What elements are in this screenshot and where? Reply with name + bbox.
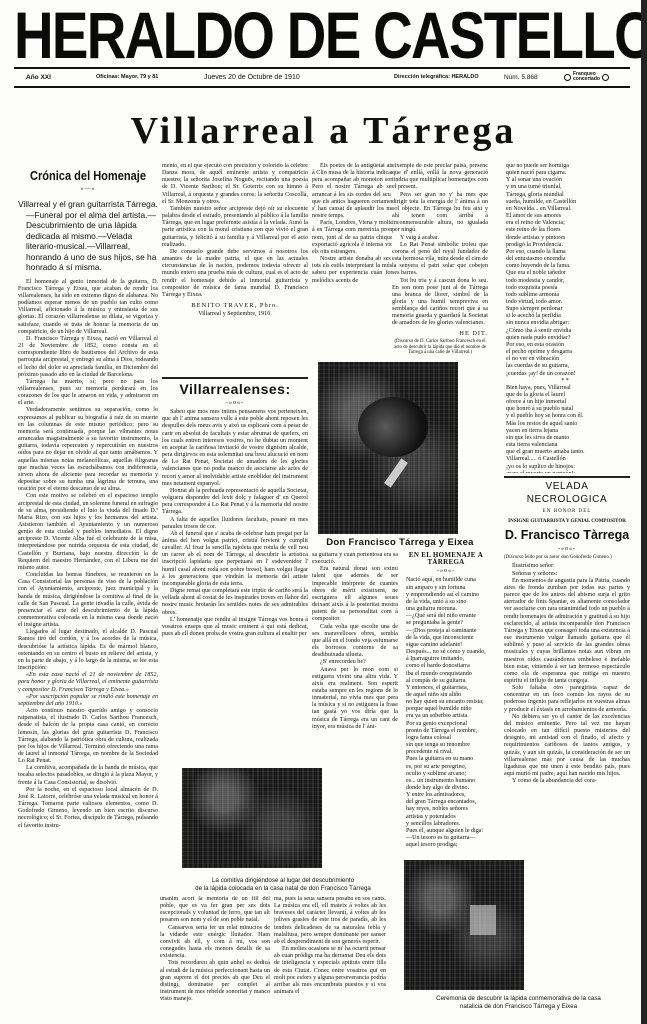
poem-line: que honró á su pueblo natal	[500, 406, 630, 413]
poem-line: este reino de las flores	[500, 227, 630, 234]
poem-line: todo exquisita poesía	[500, 285, 630, 292]
postage-circle-icon	[602, 74, 609, 81]
poem-line: era ya un soberbio artista.	[400, 713, 492, 720]
paragraph: unanim acort la memoria de un fill del p…	[160, 896, 270, 925]
poem-line: todo virtud, todo amor.	[500, 299, 630, 306]
signature: BENITO TRAVER, Pbro.	[162, 302, 308, 309]
tarrega-speech-column: sa guitarra y cuán portentosa era sa exe…	[312, 552, 398, 774]
poem-line: sin que les sirva de manto	[500, 435, 630, 442]
plaque	[470, 905, 496, 935]
poem-line: sigue camino adelante!	[400, 642, 492, 649]
section-divider	[504, 476, 630, 478]
procession-caption: La comitiva dirigiéndose al lugar del de…	[168, 877, 398, 892]
greeting: Señoras y señores:	[504, 571, 630, 578]
poem-line: es, por su arte peregrino,	[400, 764, 492, 771]
poem-line: no hay quien su encanto resista;	[400, 699, 492, 706]
poem-line: Pues la guitarra en su mano	[400, 756, 492, 763]
poem-line: artistas y potentados	[400, 814, 492, 821]
paragraph: Con este motivo se celebró en el espacio…	[18, 493, 158, 572]
postage-circle-icon	[564, 74, 571, 81]
paragraph: eixemple de este preclar paisá, presenc …	[392, 163, 488, 192]
poem-line: Nació aquí, en humilde cuna	[400, 577, 492, 584]
velada-subtitle: INSIGNE GUITARRISTA Y GENIAL COMPOSITOR	[504, 518, 630, 525]
newspaper-masthead: HERALDO DE CASTELLON	[14, 4, 525, 66]
velada-column: VELADA NECROLOGICA EN HONOR DEL INSIGNE …	[504, 480, 630, 860]
poem-line: sin nunca envidia abrigar:	[500, 320, 630, 327]
poem-line: á Iparraguirre imitando,	[400, 656, 492, 663]
paragraph: Era natural donat son eximi talent que a…	[312, 566, 398, 623]
villarrealenses-column: Villarrealenses: -»o«- Sabeu que mos mes…	[162, 380, 308, 772]
paragraph: Acto continuo nuestro querido amigo y co…	[18, 708, 158, 765]
poem-line: de la vida, unió á su sino	[400, 599, 492, 606]
caption-line: de la lápida colocada en la casa natal d…	[168, 885, 398, 893]
poem-line: Por eso, cuando la llama	[500, 249, 630, 256]
inscription: «Por suscripción popular se rindió este …	[18, 694, 158, 708]
place-date: Villarreal y Septiembre, 1910.	[162, 311, 308, 318]
paragraph: Pera ser gran no y' ha mes que dirigir t…	[392, 192, 488, 235]
year-label: Año XXI	[26, 74, 96, 81]
page-edge	[641, 0, 647, 1024]
portrait-caption: Don Francisco Tárrega y Eixea	[312, 538, 488, 547]
poem-line: y emprendiendo así el camino	[400, 592, 492, 599]
poem-line: * *	[500, 378, 630, 385]
speech-bottom-column: ma, pues la seua sansera posaba en sos c…	[274, 896, 386, 1022]
gonzalez-cando-poem-column: que no puede ser hormigaquien nació para…	[500, 163, 630, 473]
paragraph: mento, en el que ejecutó con precisión y…	[162, 163, 308, 206]
paragraph: También nuestro señor arcipreste dejó oí…	[162, 206, 308, 249]
poem-line: todo modestia y candor,	[500, 278, 630, 285]
inscription: «En esta casa nació el 21 de noviembre d…	[18, 672, 158, 693]
poem-line: iba el mundo conquistando	[400, 671, 492, 678]
poem-line: yacen en tierra lejana	[500, 428, 630, 435]
poem-line: Después... no sé cómo y cuando,	[400, 649, 492, 656]
poem-line: Por su genio excepcional	[400, 721, 492, 728]
poem-line: ¿Cómo iba á sentir envidia	[500, 328, 630, 335]
poem-line: si le acechó la perfidia	[500, 313, 630, 320]
poem-lines: que no puede ser hormigaquien nació para…	[500, 163, 630, 473]
poem-title: EN EL HOMENAJE Á TÁRREGA	[400, 552, 492, 566]
poem-line: aquel tesoro prodiga;	[400, 842, 492, 849]
paragraph: ¿S' enrecordeu be?	[312, 659, 398, 666]
paragraph: A falta de aquelles lluidores facultats,…	[162, 517, 308, 531]
portrait-face	[358, 397, 428, 457]
poem-line: Que era el noble tañedor	[500, 270, 630, 277]
cronica-continued-column: mento, en el que ejecutó con precisión y…	[162, 163, 308, 375]
paragraph: Solo faltaba otro panegirista capaz de c…	[504, 685, 630, 714]
poem-line: sin amparo y sin fortuna	[400, 585, 492, 592]
poem-line: hay reyes, nobles señores	[400, 806, 492, 813]
poem-line: Bien haya, pues, Villarreal	[500, 385, 630, 392]
ornament: -»o«-	[504, 546, 630, 553]
paragraph: Sabeu que mos mes intims pensamens vos p…	[162, 409, 308, 488]
postage-text-2: concertado	[573, 77, 600, 82]
speech-note: (Discurso de D. Carlos Sarthou Francesch…	[392, 339, 488, 356]
poem-line: que el gran muerto amaba tanto.	[500, 449, 630, 456]
poem-line: ¡cuerdas ¡ay! de un corazón!	[500, 371, 630, 378]
paragraph: El homenaje al genio inmortal de la guit…	[18, 279, 158, 336]
velada-subtitle: EN HONOR DEL	[504, 508, 630, 515]
paragraph: Cada volta que escolte una de ses marave…	[312, 624, 398, 660]
poem-line: de la vida, que inconsciente	[400, 635, 492, 642]
villarrealenses-bottom-column: unanim acort la memoria de un fill del p…	[160, 896, 270, 1022]
poem-line: quien nada pudo envidiar?	[500, 335, 630, 342]
poem-line: de aquel niño sin aliño	[400, 692, 492, 699]
paragraph: Ab el funeral que s' acaba de celebrar h…	[162, 531, 308, 588]
poem-line: Tárrega, gloria mundial	[500, 192, 630, 199]
paragraph: Verdaderamente sentimos su separación, c…	[18, 407, 158, 493]
poem-line: prodigó la Providencia.	[500, 242, 630, 249]
main-headline: Villarreal a Tárrega	[0, 110, 647, 152]
paragraph: Lo Rat Penat simbólic trofeu que corona …	[392, 242, 488, 278]
telegraph-address: Dirección telegráfica: HERALDO	[394, 74, 504, 80]
poem-line: logra fama colosal	[400, 735, 492, 742]
poem-line: ¡para el muerto un panteón!:	[500, 471, 630, 473]
offices-label: Oficinas: Mayor, 79 y 81	[96, 74, 204, 80]
portrait-photo	[318, 362, 458, 534]
poem-line: precedente ni rival.	[400, 749, 492, 756]
cronica-title: Crónica del Homenaje	[29, 168, 148, 184]
paragraph: Tárrega ha muerto, sí; pero no para los …	[18, 379, 158, 408]
poem-line: ¡yo os lo suplico de hinojos:	[500, 464, 630, 471]
paragraph: Digne remat que completará este triptic …	[162, 588, 308, 617]
poem-line: el no ver en vibración	[500, 356, 630, 363]
poem-line: Y entre los admiradores,	[400, 792, 492, 799]
postage-badge: Franqueo concertado	[564, 72, 609, 82]
ceremony-photo	[404, 860, 524, 990]
ornament: -»o«-	[162, 400, 308, 407]
poem-line: ofrece á un hijo inmortal	[500, 399, 630, 406]
cronica-lead: Villarreal y el gran guitarrista Tárrega…	[18, 199, 158, 273]
villarrealenses-title: Villarrealenses:	[162, 380, 308, 398]
paragraph: Concluidas las honras fúnebres, se reuni…	[18, 572, 158, 629]
paragraph: Cansarvos seria fer un relat minucios de…	[160, 925, 270, 961]
paragraph: L' homenatje que rendiu al insigne Tárre…	[162, 617, 308, 638]
caption-line: La comitiva dirigiéndose al lugar del de…	[168, 877, 398, 885]
paragraph: Anava per lo mon com si estiguera vivint…	[312, 667, 398, 731]
paragraph: Por la noche, en el espacioso local alma…	[18, 787, 158, 830]
poem-line: es... un instrumento humano	[400, 778, 492, 785]
ornament: »—«	[18, 186, 158, 193]
paragraph: En moltes ocasions se m' ha ocurrit pens…	[274, 946, 386, 996]
paragraph: De consuelo grande debe servirnos á noso…	[162, 249, 308, 299]
poem-line: al compás de su guitarra.	[400, 678, 492, 685]
poem-line: —¡Dios proteja al caminante	[400, 628, 492, 635]
poem-line: Pues él, aunque alguien le diga:	[400, 828, 492, 835]
poem-line: Más los restos de aquel santo	[500, 421, 630, 428]
catalan-speech-end-column: eixemple de este preclar paisá, presenc …	[392, 163, 488, 373]
ceremony-caption: Ceremonia de descubrir la lápida conmemo…	[390, 995, 647, 1011]
masthead-infobar: Año XXI Oficinas: Mayor, 79 y 81 Jueves …	[14, 70, 628, 84]
homenaje-poem-column: EN EL HOMENAJE Á TÁRREGA -»o«- Nació aqu…	[400, 552, 492, 852]
poem-line: pronto de Tárrega el nombre,	[400, 728, 492, 735]
poem-line: —¿Qué será del niño errante	[400, 613, 492, 620]
procession-photo	[182, 768, 322, 868]
section-divider	[162, 377, 308, 379]
paragraph: Tot hu tria y á cascun dona lo seu. En s…	[392, 278, 488, 328]
paragraph: Y vaig á acabar.	[392, 235, 488, 242]
caption-line: natalicia de don Francisco Tárrega y Eix…	[390, 1003, 647, 1011]
poem-line: El amor de sus amores	[500, 213, 630, 220]
poem-line: las cuerdas de su guitarra,	[500, 363, 630, 370]
poem-line: se preguntaba la gente?	[400, 620, 492, 627]
poem-line: Por eso, en esta ocasión	[500, 342, 630, 349]
poem-line: sin que tenga su renombre	[400, 742, 492, 749]
poem-line: —Un tesoro es tu guitarra—	[400, 835, 492, 842]
poem-lines: Nació aquí, en humilde cunasin amparo y …	[400, 577, 492, 849]
poem-line: todo sublime armonía	[500, 292, 630, 299]
velada-honoree: D. Francisco Tàrrega	[504, 527, 630, 544]
poem-line: y sencillos labradores.	[400, 821, 492, 828]
greeting: Ilustrísimo señor:	[504, 563, 630, 570]
poem-line: como huyendo de la fama.	[500, 263, 630, 270]
poem-line: oculto y sublime arcano;	[400, 771, 492, 778]
issue-date: Jueves 20 de Octubre de 1910	[204, 74, 394, 81]
poem-line: como el bardo donostiarra	[400, 663, 492, 670]
poem-line: Villarreal..... ó Castellón	[500, 456, 630, 463]
paragraph: ma, pues la seua sansera posaba en sos c…	[274, 896, 386, 946]
cronica-column: Crónica del Homenaje »—« Villarreal y el…	[18, 168, 158, 1018]
ornament: -»o«-	[400, 568, 492, 575]
poem-line: el pecho oprime y desgarra	[500, 349, 630, 356]
paragraph: sa guitarra y cuán portentosa era sa exe…	[312, 552, 398, 566]
paragraph: Honrat ab la prehuada representació de a…	[162, 488, 308, 517]
poem-line: y el pueblo hoy se honra con él.	[500, 413, 630, 420]
poem-line: esta tierra valenciana	[500, 442, 630, 449]
poem-line: donde artistas y pintores	[500, 235, 630, 242]
poem-line: sueña, humilde, en Castellón	[500, 199, 630, 206]
paragraph: Tots recordareu ab quin anhel es dedicá …	[160, 960, 270, 1003]
poem-line: Y entonces, el guitarrista,	[400, 685, 492, 692]
paragraph: En momentos de angustia para la Patria, …	[504, 578, 630, 685]
poem-line: y en una turné triunfal,	[500, 184, 630, 191]
paragraph: Y como de la abundancia del cora-	[504, 778, 630, 785]
poem-line: donde hay algo de divino.	[400, 785, 492, 792]
poem-line: en Novelda... en Villarreal.	[500, 206, 630, 213]
paragraph: No debiera ser yo el cantor de las excel…	[504, 714, 630, 778]
poem-line: porque aquel humilde niño	[400, 706, 492, 713]
masthead-rule-top	[14, 67, 630, 69]
poem-line: quien nació para cigarra.	[500, 170, 630, 177]
masthead-rule-bottom	[14, 86, 630, 88]
poem-line: una guitarra moruna.	[400, 606, 492, 613]
velada-note: (Discurso leído por su autor don Godofre…	[504, 555, 630, 561]
poem-line: que no puede ser hormiga	[500, 163, 630, 170]
velada-title: VELADA NECROLOGICA	[504, 480, 630, 506]
issue-number: Núm. 5.868	[504, 74, 564, 81]
paragraph: D. Francisco Tárrega y Eixea, nació en V…	[18, 336, 158, 379]
poem-line: del gran Tárrega encantados,	[400, 799, 492, 806]
paragraph: La comitiva, acompañada de la banda de m…	[18, 765, 158, 786]
paragraph: Llegados al lugar destinado, el alcalde …	[18, 629, 158, 672]
caption-line: Ceremonia de descubrir la lápida conmemo…	[390, 995, 647, 1003]
signature: HE DIT.	[392, 330, 488, 337]
